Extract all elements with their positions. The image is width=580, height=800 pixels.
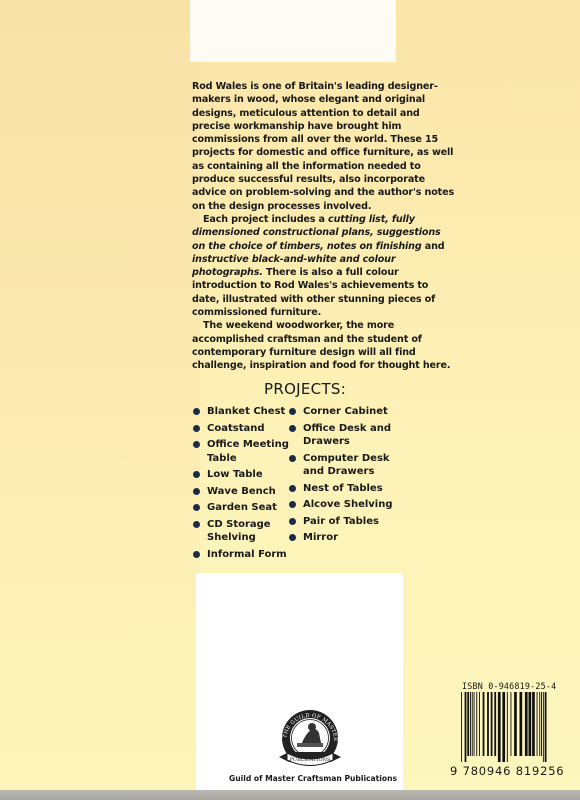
top-white-panel (190, 0, 396, 62)
back-cover-blurb: Rod Wales is one of Britain's leading de… (192, 80, 454, 373)
project-name: Pair of Tables (303, 516, 379, 527)
project-list-item: Corner Cabinet (289, 405, 399, 418)
bullet-icon (289, 518, 296, 525)
project-name: CD Storage Shelving (207, 519, 271, 543)
project-list-item: Garden Seat (193, 501, 291, 514)
bullet-icon (193, 441, 200, 448)
projects-list-right: Corner CabinetOffice Desk and DrawersCom… (289, 405, 399, 548)
project-list-item: Low Table (193, 468, 291, 481)
project-name: Computer Desk and Drawers (303, 453, 390, 477)
project-list-item: Nest of Tables (289, 482, 399, 495)
project-list-item: Informal Form (193, 548, 291, 561)
barcode-icon (459, 692, 559, 762)
project-name: Mirror (303, 532, 338, 543)
blurb-paragraph-2: Each project includes a cutting list, fu… (192, 213, 454, 319)
guild-of-master-craftsman-seal-icon: THE GUILD OF MASTER CRAFTSMAN PUBLICATIO… (271, 705, 349, 775)
project-name: Office Meeting Table (207, 439, 289, 463)
project-list-item: Blanket Chest (193, 405, 291, 418)
bullet-icon (193, 425, 200, 432)
bullet-icon (193, 504, 200, 511)
bullet-icon (289, 485, 296, 492)
projects-heading: PROJECTS: (264, 380, 346, 398)
project-name: Wave Bench (207, 486, 276, 497)
bullet-icon (289, 455, 296, 462)
ean-number: 9 780946 819256 (450, 764, 564, 778)
project-name: Blanket Chest (207, 406, 285, 417)
project-list-item: CD Storage Shelving (193, 518, 291, 545)
blurb-paragraph-3: The weekend woodworker, the more accompl… (192, 319, 454, 372)
bullet-icon (193, 521, 200, 528)
cover-background (0, 0, 200, 790)
project-name: Office Desk and Drawers (303, 423, 391, 447)
project-name: Coatstand (207, 423, 265, 434)
project-list-item: Wave Bench (193, 485, 291, 498)
project-list-item: Coatstand (193, 422, 291, 435)
projects-list-left: Blanket ChestCoatstandOffice Meeting Tab… (193, 405, 291, 565)
bullet-icon (289, 408, 296, 415)
project-list-item: Office Desk and Drawers (289, 422, 399, 449)
project-name: Nest of Tables (303, 483, 383, 494)
project-name: Low Table (207, 469, 263, 480)
project-list-item: Computer Desk and Drawers (289, 452, 399, 479)
bullet-icon (289, 534, 296, 541)
scan-edge-strip (0, 790, 580, 800)
bullet-icon (193, 488, 200, 495)
blurb-paragraph-1: Rod Wales is one of Britain's leading de… (192, 80, 454, 213)
project-name: Informal Form (207, 549, 287, 560)
project-name: Corner Cabinet (303, 406, 388, 417)
project-list-item: Alcove Shelving (289, 498, 399, 511)
publisher-name: Guild of Master Craftsman Publications (229, 774, 384, 783)
project-list-item: Office Meeting Table (193, 438, 291, 465)
project-list-item: Pair of Tables (289, 515, 399, 528)
project-name: Garden Seat (207, 502, 277, 513)
isbn-label: ISBN 0-946819-25-4 (462, 681, 556, 691)
bullet-icon (193, 551, 200, 558)
bullet-icon (289, 501, 296, 508)
project-name: Alcove Shelving (303, 499, 393, 510)
bullet-icon (193, 408, 200, 415)
bullet-icon (289, 425, 296, 432)
svg-text:PUBLICATIONS: PUBLICATIONS (290, 757, 331, 763)
bullet-icon (193, 471, 200, 478)
project-list-item: Mirror (289, 531, 399, 544)
